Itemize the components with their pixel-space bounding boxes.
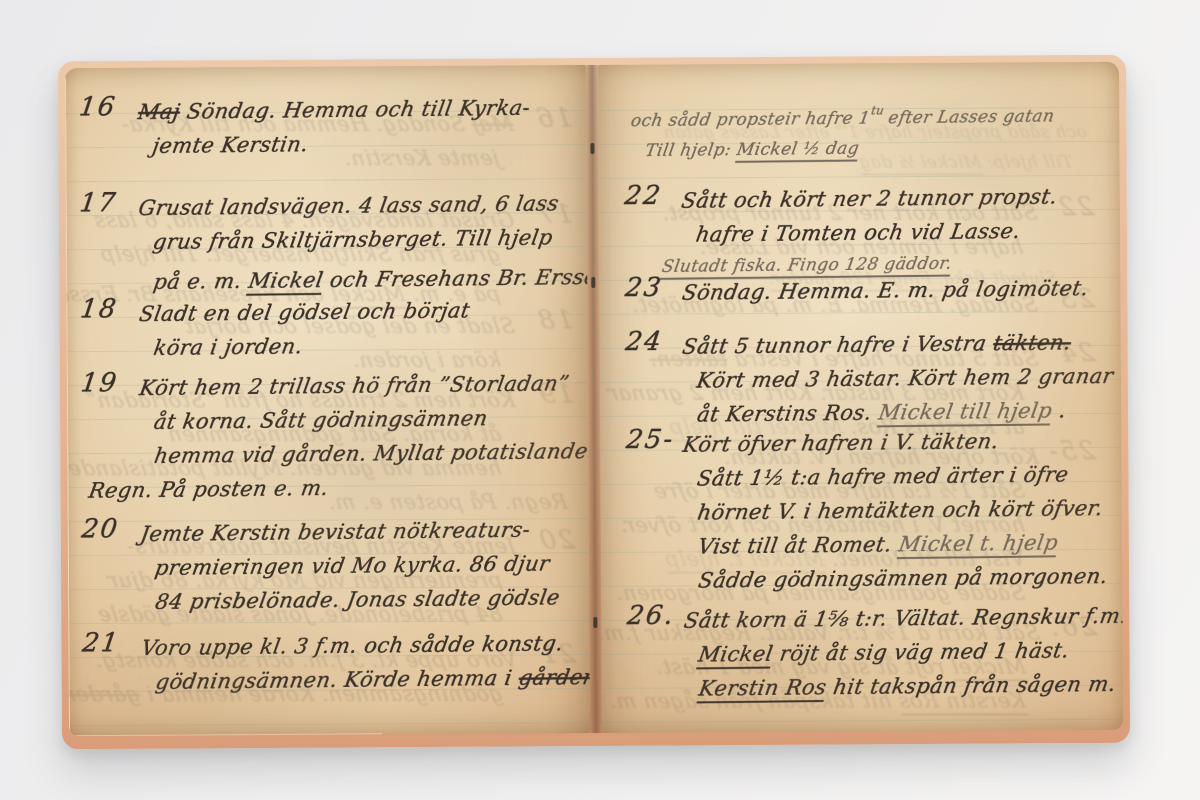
handwriting-segment: hemma vid gården. Myllat potatislandet. bbox=[152, 439, 590, 468]
handwriting-segment: Grusat landsvägen. 4 lass sand, 6 lass bbox=[137, 191, 561, 220]
handwritten-line: Till hjelp: Mickel ½ dag bbox=[643, 131, 1117, 166]
handwriting-segment: . bbox=[1050, 398, 1068, 422]
entry-day-number: 23 bbox=[623, 273, 664, 303]
handwritten-line: gödningsämnen. Körde hemma i gården bbox=[153, 660, 588, 699]
handwritten-line: Jemte Kerstin bevistat nötkreaturs- bbox=[138, 512, 587, 551]
handwriting-segment: hörnet V. i hemtäkten och kört öfver. bbox=[696, 496, 1105, 525]
handwriting-segment: åt Kerstins Ros. bbox=[695, 400, 880, 426]
handwriting-segment: Kört öfver hafren i V. täkten. bbox=[681, 429, 1001, 457]
binding-stitch bbox=[590, 143, 594, 154]
handwriting-segment: gödningsämnen. Körde hemma i bbox=[154, 666, 521, 694]
entry-day-number: 16 bbox=[77, 92, 118, 122]
diary-entry: 22Sått och kört ner 2 tunnor propst.hafr… bbox=[623, 180, 1113, 281]
handwriting-segment: 84 prisbelönade. Jonas sladte gödsle bbox=[153, 585, 561, 614]
handwriting-segment: Sått 1½ t:a hafre med ärter i öfre bbox=[695, 462, 1070, 490]
diary-entry: 19Kört hem 2 trillass hö från ”Storladan… bbox=[79, 367, 581, 506]
handwritten-line: Grusat landsvägen. 4 lass sand, 6 lass bbox=[136, 186, 585, 225]
diary-entry: 23Söndag. Hemma. E. m. på logimötet. bbox=[623, 272, 1112, 309]
entry-text-lines: och sådd propsteir hafre 1tu efter Lasse… bbox=[628, 93, 1112, 166]
entry-day-number: 17 bbox=[78, 188, 119, 218]
handwriting-segment: hit takspån från sågen m. 1 häst e. m. bbox=[824, 670, 1123, 699]
handwriting-segment: Kört med 3 hästar. Kört hem 2 granar bbox=[695, 364, 1115, 393]
entry-text-lines: Kört hem 2 trillass hö från ”Storladan”å… bbox=[136, 366, 581, 507]
handwriting-segment: täkten. bbox=[991, 330, 1073, 355]
diary-entry: 20Jemte Kerstin bevistat nötkreaturs-pre… bbox=[80, 513, 582, 618]
left-page-entries: 16Maj Söndag. Hemma och till Kyrka-jemte… bbox=[65, 65, 590, 736]
entry-day-number: 26. bbox=[625, 600, 676, 630]
diary-book-cover: 16Maj Söndag. Hemma och till Kyrka-jemte… bbox=[58, 55, 1130, 750]
handwriting-segment: jemte Kerstin. bbox=[151, 132, 311, 158]
handwriting-segment: Mickel t. hjelp bbox=[896, 530, 1059, 559]
handwriting-segment: Maj bbox=[136, 99, 182, 124]
right-page-entries: och sådd propsteir hafre 1tu efter Lasse… bbox=[598, 62, 1123, 733]
handwriting-segment: Sått korn ä 1⅝ t:r. Vältat. Regnskur f.m… bbox=[682, 604, 1123, 633]
handwritten-line: Vist till åt Romet. Mickel t. hjelp bbox=[695, 525, 1120, 564]
handwritten-line: Sått 5 tunnor hafre i Vestra täkten. bbox=[680, 325, 1119, 364]
diary-entry: 26.Sått korn ä 1⅝ t:r. Vältat. Regnskur … bbox=[625, 600, 1115, 705]
diary-entry: och sådd propsteir hafre 1tu efter Lasse… bbox=[622, 94, 1111, 165]
handwriting-segment: Sladt en del gödsel och börjat bbox=[137, 298, 471, 326]
entry-text-lines: Sått och kört ner 2 tunnor propst.hafre … bbox=[678, 179, 1112, 282]
handwriting-segment: Söndag. Hemma och till Kyrka- bbox=[178, 95, 532, 123]
entry-day-number: 20 bbox=[80, 514, 121, 544]
handwriting-segment: och Fresehans Br. Ersson då bbox=[321, 264, 590, 292]
handwriting-segment: Mickel ½ dag bbox=[735, 138, 861, 162]
handwriting-segment: Kerstin Ros bbox=[696, 675, 828, 703]
diary-open-spread: 16Maj Söndag. Hemma och till Kyrka-jemte… bbox=[65, 62, 1123, 736]
handwritten-line: Kört med 3 hästar. Kört hem 2 granar bbox=[694, 359, 1119, 398]
handwriting-segment: Mickel bbox=[246, 268, 325, 296]
entry-text-lines: Jemte Kerstin bevistat nötkreaturs-premi… bbox=[137, 512, 581, 619]
diary-entry: 16Maj Söndag. Hemma och till Kyrka-jemte… bbox=[77, 91, 578, 162]
handwritten-line: åt korna. Sått gödningsämnen bbox=[151, 400, 586, 439]
entry-text-lines: Maj Söndag. Hemma och till Kyrka-jemte K… bbox=[135, 90, 579, 163]
handwriting-segment: Regn. På posten e. m. bbox=[87, 476, 331, 503]
handwritten-line: Sått och kört ner 2 tunnor propst. bbox=[679, 179, 1118, 218]
entry-text-lines: Söndag. Hemma. E. m. på logimötet. bbox=[679, 271, 1112, 310]
diary-entry: 25-Kört öfver hafren i V. täkten.Sått 1½… bbox=[624, 424, 1114, 597]
handwritten-line: hafre i Tomten och vid Lasse. bbox=[693, 213, 1118, 252]
entry-day-number: 22 bbox=[623, 181, 664, 211]
handwriting-segment: Mickel bbox=[696, 642, 775, 670]
handwriting-segment: Sått och kört ner 2 tunnor propst. bbox=[680, 184, 1060, 212]
handwriting-segment: grus från Skiltjärnsberget. Till hjelp bbox=[151, 225, 555, 254]
diary-entry: 24Sått 5 tunnor hafre i Vestra täkten.Kö… bbox=[623, 326, 1113, 431]
handwritten-line: Söndag. Hemma. E. m. på logimötet. bbox=[679, 271, 1118, 310]
handwritten-line: hörnet V. i hemtäkten och kört öfver. bbox=[695, 491, 1120, 530]
handwriting-segment: köra i jorden. bbox=[152, 334, 305, 360]
handwritten-line: grus från Skiltjärnsberget. Till hjelp bbox=[150, 220, 585, 259]
diary-entry: 18Sladt en del gödsel och börjatköra i j… bbox=[78, 293, 579, 364]
handwritten-line: Voro uppe kl. 3 f.m. och sådde konstg. bbox=[139, 626, 588, 665]
binding-stitch bbox=[591, 277, 595, 288]
handwriting-segment: Kört hem 2 trillass hö från ”Storladan” bbox=[138, 371, 571, 400]
handwritten-line: Sådde gödningsämnen på morgonen. bbox=[696, 559, 1121, 598]
handwritten-line: Sått korn ä 1⅝ t:r. Vältat. Regnskur f.m… bbox=[681, 599, 1120, 638]
handwriting-segment: Söndag. Hemma. E. m. på logimötet. bbox=[680, 276, 1090, 305]
handwritten-line: och sådd propsteir hafre 1tu efter Lasse… bbox=[628, 92, 1117, 136]
handwritten-line: 84 prisbelönade. Jonas sladte gödsle bbox=[153, 580, 588, 619]
binding-stitch bbox=[593, 617, 597, 628]
handwriting-segment: gården bbox=[517, 665, 590, 690]
handwritten-line: Sått 1½ t:a hafre med ärter i öfre bbox=[694, 457, 1119, 496]
handwriting-segment: på e. m. bbox=[151, 269, 250, 294]
entry-day-number: 18 bbox=[78, 294, 119, 324]
entry-day-number: 25- bbox=[624, 424, 676, 454]
handwriting-segment: Till hjelp: bbox=[643, 140, 738, 161]
handwritten-line: jemte Kerstin. bbox=[150, 124, 585, 163]
handwriting-segment: röjt åt sig väg med 1 häst. bbox=[771, 638, 1071, 665]
entry-text-lines: Sått 5 tunnor hafre i Vestra täkten.Kört… bbox=[679, 325, 1113, 432]
handwriting-segment: åt korna. Sått gödningsämnen bbox=[152, 406, 489, 434]
handwritten-line: Maj Söndag. Hemma och till Kyrka- bbox=[135, 90, 584, 129]
entry-day-number: 21 bbox=[80, 628, 121, 658]
handwritten-line: Kört öfver hafren i V. täkten. bbox=[680, 423, 1119, 462]
handwritten-line: Regn. På posten e. m. bbox=[86, 468, 587, 508]
handwritten-line: Sladt en del gödsel och börjat bbox=[137, 292, 586, 331]
entry-day-number: 24 bbox=[624, 327, 665, 357]
handwritten-line: premieringen vid Mo kyrka. 86 djur bbox=[152, 546, 587, 585]
handwritten-line: Kerstin Ros hit takspån från sågen m. 1 … bbox=[696, 667, 1121, 706]
handwriting-segment: Voro uppe kl. 3 f.m. och sådde konstg. bbox=[139, 631, 565, 660]
diary-page-right: och sådd propsteir hafre 1tu efter Lasse… bbox=[598, 62, 1123, 733]
diary-entry: 17Grusat landsvägen. 4 lass sand, 6 lass… bbox=[78, 187, 580, 298]
handwritten-line: Kört hem 2 trillass hö från ”Storladan” bbox=[137, 366, 586, 405]
diary-photo-backdrop: 16Maj Söndag. Hemma och till Kyrka-jemte… bbox=[0, 0, 1200, 800]
handwriting-segment: premieringen vid Mo kyrka. 86 djur bbox=[153, 551, 552, 580]
handwriting-segment: Vist till åt Romet. bbox=[696, 532, 901, 558]
handwritten-line: hemma vid gården. Myllat potatislandet. bbox=[152, 434, 587, 473]
diary-entry: 21Voro uppe kl. 3 f.m. och sådde konstg.… bbox=[80, 627, 581, 698]
entry-text-lines: Voro uppe kl. 3 f.m. och sådde konstg.gö… bbox=[138, 626, 582, 699]
handwriting-segment: Sådde gödningsämnen på morgonen. bbox=[696, 564, 1109, 593]
handwriting-segment: efter Lasses gatan bbox=[881, 106, 1056, 128]
entry-text-lines: Kört öfver hafren i V. täkten.Sått 1½ t:… bbox=[680, 423, 1115, 598]
entry-text-lines: Sått korn ä 1⅝ t:r. Vältat. Regnskur f.m… bbox=[681, 599, 1115, 706]
entry-text-lines: Grusat landsvägen. 4 lass sand, 6 lassgr… bbox=[135, 186, 579, 299]
handwriting-segment: hafre i Tomten och vid Lasse. bbox=[694, 219, 1022, 247]
handwritten-line: köra i jorden. bbox=[151, 326, 586, 365]
handwriting-segment: och sådd propsteir hafre 1 bbox=[629, 108, 871, 131]
entry-day-number: 19 bbox=[79, 368, 120, 398]
handwritten-line: Mickel röjt åt sig väg med 1 häst. bbox=[696, 633, 1121, 672]
handwriting-segment: Jemte Kerstin bevistat nötkreaturs- bbox=[139, 517, 532, 545]
diary-page-left: 16Maj Söndag. Hemma och till Kyrka-jemte… bbox=[65, 65, 590, 736]
handwriting-segment: Sått 5 tunnor hafre i Vestra bbox=[680, 331, 995, 359]
entry-text-lines: Sladt en del gödsel och börjatköra i jor… bbox=[136, 292, 580, 365]
